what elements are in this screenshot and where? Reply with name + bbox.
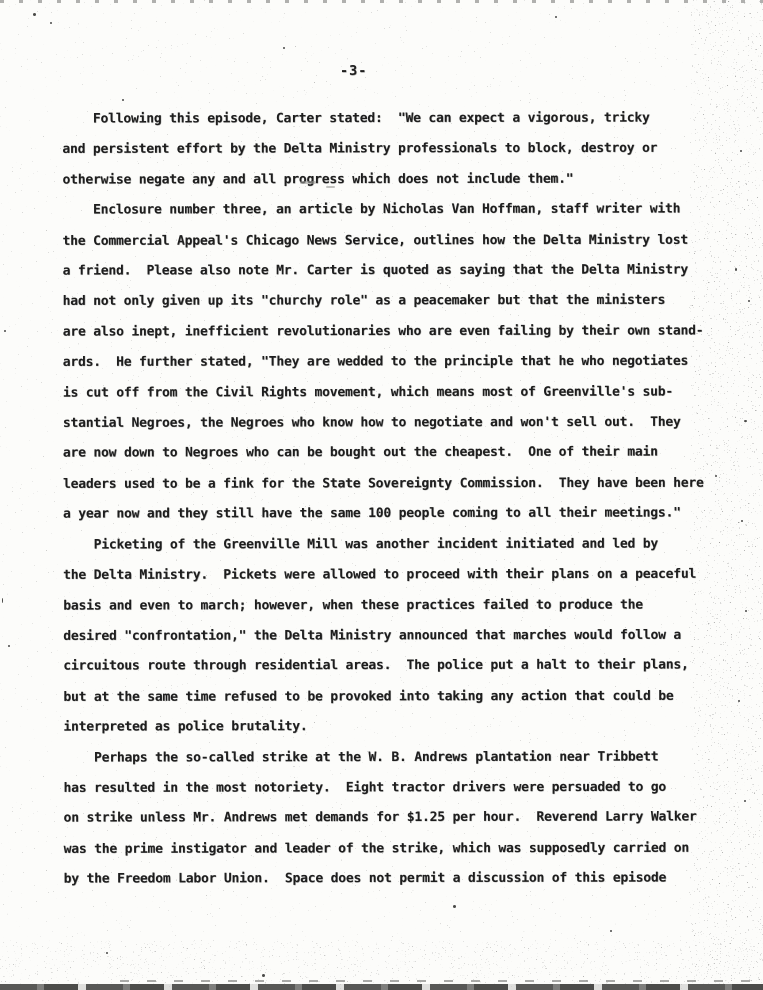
- text-line: a friend. Please also note Mr. Carter is…: [63, 255, 728, 287]
- paragraph: Enclosure number three, an article by Ni…: [62, 195, 728, 531]
- text-line: on strike unless Mr. Andrews met demands…: [64, 803, 729, 835]
- text-line: had not only given up its "churchy role"…: [63, 286, 728, 318]
- noise-speck: [555, 16, 557, 18]
- paragraph: Perhaps the so-called strike at the W. B…: [63, 742, 728, 895]
- noise-speck: [8, 645, 10, 647]
- scan-edge-bottom-dashes: [120, 980, 763, 982]
- text-line: Enclosure number three, an article by Ni…: [62, 195, 727, 227]
- noise-speck: [106, 952, 108, 954]
- page-number: -3-: [340, 63, 367, 79]
- document-body: Following this episode, Carter stated: "…: [62, 103, 728, 895]
- noise-speck: [2, 598, 3, 603]
- noise-speck: [4, 330, 6, 332]
- scan-edge-top: [0, 0, 763, 3]
- text-line: stantial Negroes, the Negroes who know h…: [63, 408, 728, 440]
- text-line: ards. He further stated, "They are wedde…: [63, 347, 728, 379]
- scan-edge-bottom-band: [0, 984, 763, 990]
- paragraph: Picketing of the Greenville Mill was ano…: [63, 529, 728, 743]
- noise-speck: [741, 520, 743, 522]
- noise-speck: [740, 150, 742, 152]
- text-line: a year now and they still have the same …: [63, 499, 728, 531]
- noise-speck: [262, 974, 265, 977]
- text-line: by the Freedom Labor Union. Space does n…: [64, 864, 729, 896]
- scanned-page: -3- Following this episode, Carter state…: [0, 0, 763, 990]
- text-line: otherwise negate any and all progress wh…: [62, 164, 727, 196]
- noise-speck: [33, 13, 36, 16]
- text-line: the Commercial Appeal's Chicago News Ser…: [63, 225, 728, 257]
- noise-speck: [50, 22, 52, 24]
- text-line: leaders used to be a fink for the State …: [63, 469, 728, 501]
- text-line: circuitous route through residential are…: [63, 651, 728, 683]
- text-line: the Delta Ministry. Pickets were allowed…: [63, 560, 728, 592]
- text-line: was the prime instigator and leader of t…: [64, 833, 729, 865]
- text-line: Following this episode, Carter stated: "…: [62, 103, 727, 135]
- noise-speck: [610, 930, 612, 932]
- text-line: and persistent effort by the Delta Minis…: [62, 134, 727, 166]
- noise-speck: [283, 47, 285, 49]
- text-line: are also inept, inefficient revolutionar…: [63, 316, 728, 348]
- noise-speck: [745, 610, 747, 612]
- noise-speck: [735, 268, 737, 271]
- noise-speck: [453, 905, 456, 908]
- text-line: Perhaps the so-called strike at the W. B…: [63, 742, 728, 774]
- text-line: Picketing of the Greenville Mill was ano…: [63, 529, 728, 561]
- noise-speck: [744, 800, 746, 802]
- noise-speck: [122, 99, 124, 101]
- paragraph: Following this episode, Carter stated: "…: [62, 103, 727, 195]
- noise-speck: [738, 700, 740, 702]
- text-line: but at the same time refused to be provo…: [63, 681, 728, 713]
- noise-speck: [748, 300, 750, 302]
- noise-speck: [744, 420, 747, 422]
- text-line: interpreted as police brutality.: [63, 712, 728, 744]
- text-line: are now down to Negroes who can be bough…: [63, 438, 728, 470]
- text-line: desired "confrontation," the Delta Minis…: [63, 621, 728, 653]
- text-line: is cut off from the Civil Rights movemen…: [63, 377, 728, 409]
- text-line: has resulted in the most notoriety. Eigh…: [63, 773, 728, 805]
- text-line: basis and even to march; however, when t…: [63, 590, 728, 622]
